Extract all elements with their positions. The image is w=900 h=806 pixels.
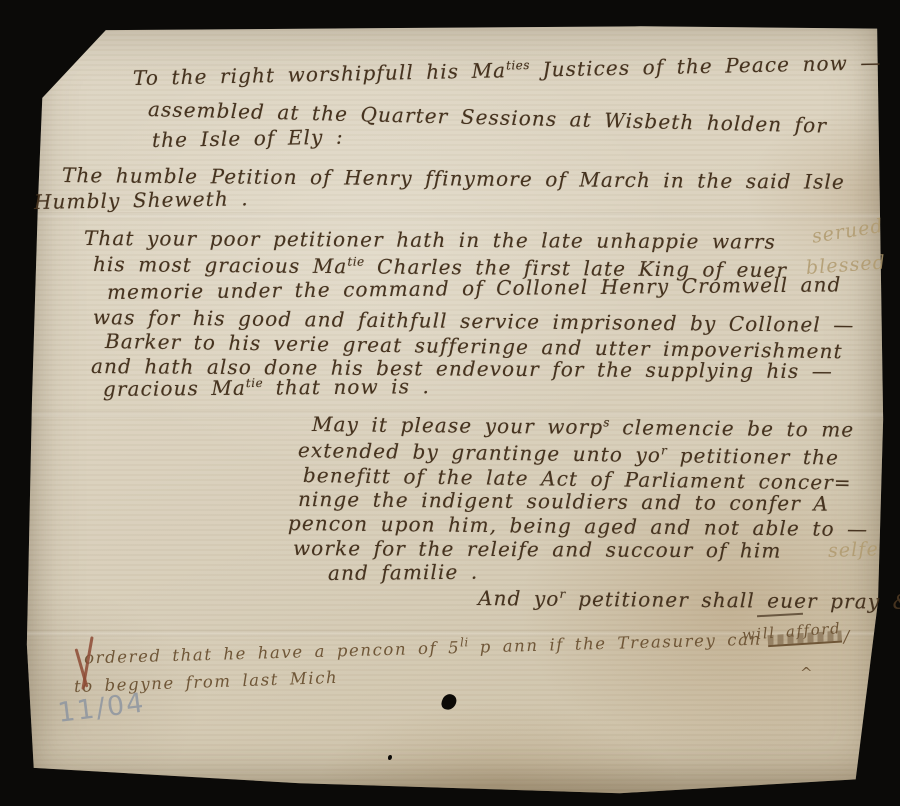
majestie-superscript: tie [347, 255, 364, 269]
insertion-caret: ^ [800, 664, 814, 682]
pounds-superscript: li [460, 635, 469, 649]
body1-line-2-text: his most gracious Ma [93, 252, 348, 278]
closing-rest: petitioner shall euer pray &c [566, 587, 900, 614]
body2-line-1-text: May it please your worp [312, 412, 603, 439]
manuscript-photo: To the right worshipfull his Maties Just… [0, 0, 900, 806]
margin-word-selfe: selfe [828, 538, 880, 562]
paper-speck [388, 755, 392, 760]
closing-text: And yo [478, 586, 560, 611]
closing-line: And yor petitioner shall euer pray &c [478, 586, 900, 614]
body2-line-1-rest: clemencie be to me [610, 415, 855, 442]
body2-line-7: and familie . [328, 560, 479, 585]
majestie-superscript: tie [246, 376, 263, 390]
majesties-superscript: ties [506, 58, 530, 72]
fold-crease [26, 212, 884, 219]
body1-line-7: gracious Matie that now is . [103, 374, 430, 401]
body1-line-7-rest: that now is . [263, 374, 430, 399]
annotation-slash: / [843, 627, 851, 646]
body1-line-7-text: gracious Ma [103, 376, 246, 401]
body2-line-6: worke for the releife and succour of him [293, 536, 782, 563]
heading-line-3: the Isle of Ely : [152, 125, 344, 152]
paper-hole [440, 692, 458, 712]
body2-line-2-rest: petitioner the [667, 443, 839, 469]
sheweth-line: Humbly Sheweth . [34, 186, 249, 214]
body1-line-1: That your poor petitioner hath in the la… [84, 226, 776, 254]
